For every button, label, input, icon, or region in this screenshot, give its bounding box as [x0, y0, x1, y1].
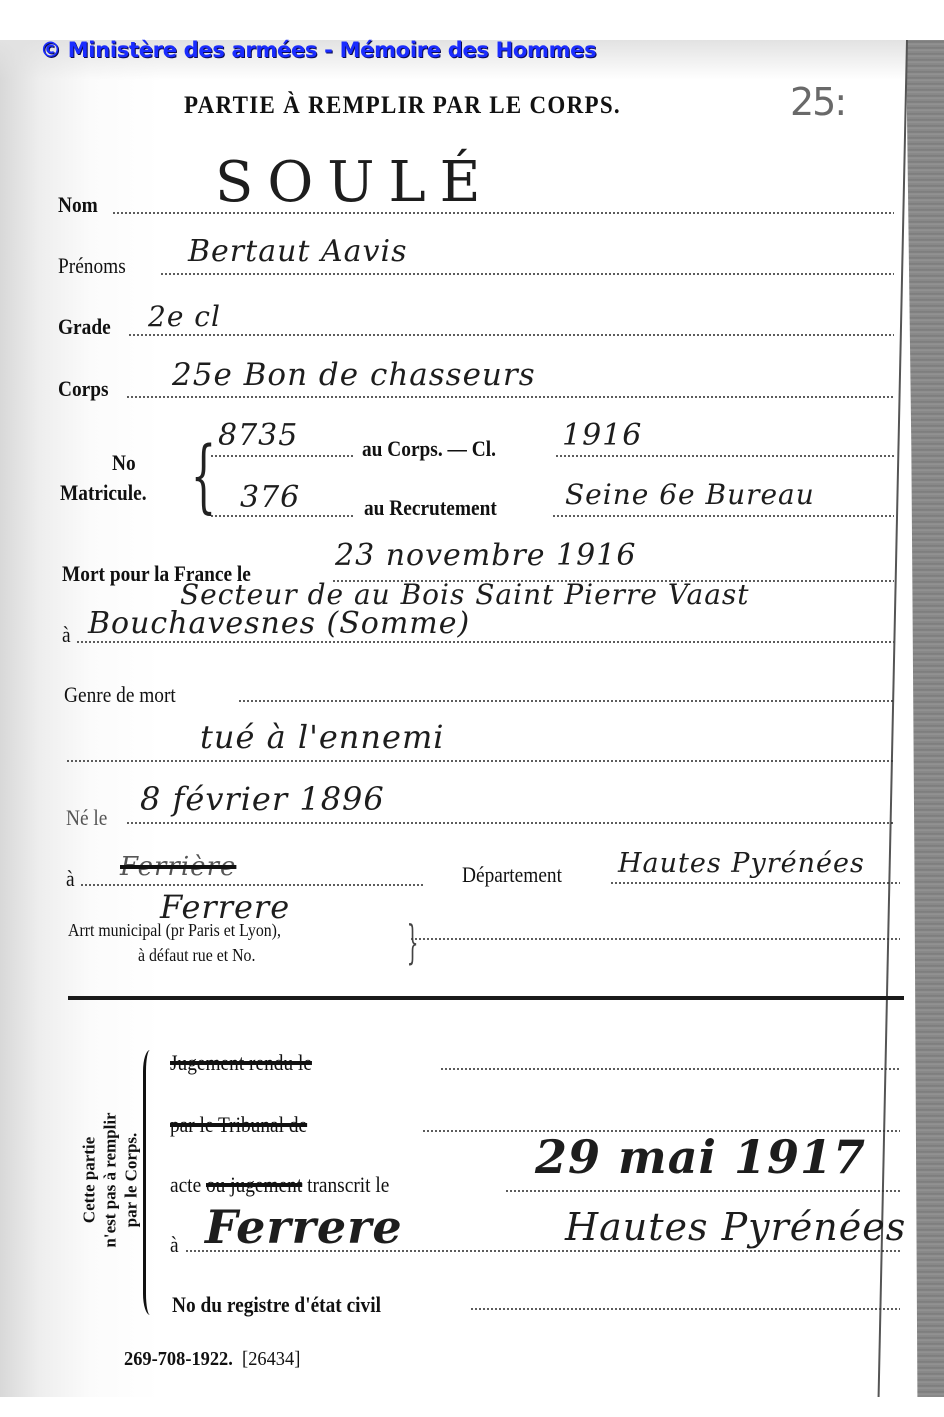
section-divider: [68, 996, 904, 1000]
arr-municipal-dotted-line: [410, 938, 900, 940]
acte-dotted-line: [505, 1190, 900, 1192]
recrutement-dotted-line: [552, 515, 894, 517]
classe-dotted-line: [555, 455, 894, 457]
naissance-date: 8 février 1896: [140, 780, 385, 818]
acte-label: acte ou jugement transcrit le: [170, 1172, 389, 1198]
transcription-lieu: Ferrere: [205, 1200, 403, 1254]
matricule-corps-label: au Corps. — Cl.: [362, 436, 496, 462]
matricule-label: Matricule.: [60, 480, 147, 506]
stamp-number: 25:: [790, 80, 845, 124]
matricule-recrutement-label: au Recrutement: [364, 495, 497, 521]
mort-lieu-label: à: [62, 622, 71, 648]
naissance-lieu-struck: Ferrière: [120, 852, 236, 882]
genre-mort-dotted-line-2: [66, 760, 894, 762]
genre-mort-label: Genre de mort: [64, 682, 176, 708]
departement-label: Département: [462, 862, 562, 888]
naissance-lieu-label: à: [66, 866, 75, 892]
matricule-corps-number: 8735: [218, 418, 298, 453]
corps-value: 25e Bon de chasseurs: [172, 357, 536, 393]
form-code: 269-708-1922.[26434]: [124, 1348, 300, 1371]
mort-date: 23 novembre 1916: [335, 538, 636, 573]
form-code-number: 269-708-1922.: [124, 1348, 233, 1370]
matricule-recrutement-number: 376: [240, 480, 300, 515]
grade-dotted-line: [128, 334, 894, 336]
side-note-line-1: Cette partie: [79, 1112, 100, 1247]
registre-label: No du registre d'état civil: [172, 1292, 381, 1318]
naissance-lieu-dotted-line: [80, 884, 425, 886]
mort-lieu-dotted-line: [76, 641, 894, 643]
transcription-departement: Hautes Pyrénées: [565, 1205, 906, 1249]
naissance-label: Né le: [66, 805, 107, 831]
classe-value: 1916: [562, 418, 642, 453]
matricule-brace: {: [191, 436, 216, 516]
mort-lieu: Bouchavesnes (Somme): [88, 606, 470, 641]
section-bracket: [143, 1050, 157, 1315]
prenoms-value: Bertaut Aavis: [188, 234, 407, 269]
acte-label-prefix: acte: [170, 1172, 201, 1197]
grade-label: Grade: [58, 314, 111, 340]
departement-value: Hautes Pyrénées: [618, 848, 865, 879]
copyright-watermark: © Ministère des armées - Mémoire des Hom…: [40, 38, 596, 62]
corps-label: Corps: [58, 376, 109, 402]
arr-brace: }: [407, 915, 419, 969]
transcription-lieu-label: à: [170, 1232, 179, 1258]
genre-mort-dotted-line: [238, 700, 894, 702]
acte-label-struck: ou jugement: [206, 1172, 302, 1197]
nom-value: SOULÉ: [215, 150, 495, 215]
genre-mort-value: tué à l'ennemi: [200, 718, 445, 756]
corps-dotted-line: [126, 396, 894, 398]
tribunal-label: par le Tribunal de: [170, 1112, 307, 1138]
matricule-corps-dotted-line: [210, 455, 355, 457]
matricule-label-no: No: [112, 450, 136, 476]
matricule-recrutement-dotted-line: [210, 515, 355, 517]
prenoms-dotted-line: [160, 273, 894, 275]
form-title: PARTIE À REMPLIR PAR LE CORPS.: [184, 92, 621, 120]
prenoms-label: Prénoms: [58, 253, 126, 279]
side-note-line-2: n'est pas à remplir: [100, 1112, 121, 1247]
departement-dotted-line: [610, 882, 900, 884]
arr-municipal-label: Arrt municipal (pr Paris et Lyon),: [68, 920, 281, 941]
grade-value: 2e cl: [148, 300, 221, 333]
jugement-dotted-line: [440, 1068, 900, 1070]
form-ref: [26434]: [242, 1348, 300, 1370]
registre-dotted-line: [470, 1308, 900, 1310]
side-note-line-3: par le Corps.: [121, 1112, 142, 1247]
acte-date: 29 mai 1917: [535, 1130, 866, 1184]
naissance-dotted-line: [126, 822, 894, 824]
acte-label-suffix: transcrit le: [307, 1172, 389, 1197]
recrutement-value: Seine 6e Bureau: [565, 478, 815, 511]
nom-label: Nom: [58, 192, 98, 218]
jugement-label: Jugement rendu le: [170, 1050, 312, 1076]
arr-municipal-label-2: à défaut rue et No.: [138, 945, 255, 966]
